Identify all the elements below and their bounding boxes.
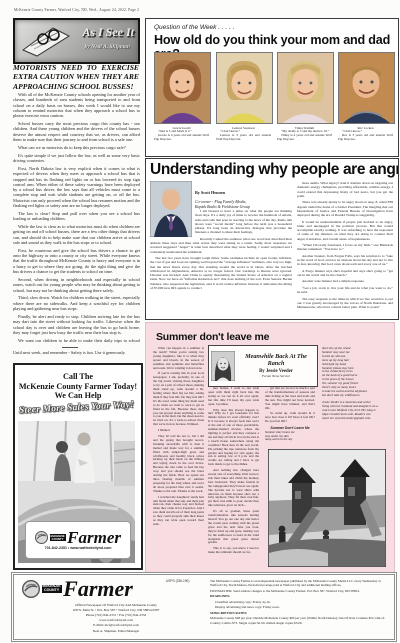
newspaper-page: McKenzie County Farmer, Watford City, ND… [0,0,400,643]
child-photo-rev [338,52,395,124]
paragraph: The last two years have brought tough ti… [150,256,292,290]
paragraph: If you're reading this in your local new… [153,372,204,427]
ranch-col1: What can happen in a summer at the ranch… [153,347,204,569]
paragraph: The law is clear! Stop and pull over whe… [13,211,140,222]
lyrics-block-a: Summer don't leave mestay under my skinh… [265,431,315,443]
qow-kicker: Question of the Week . . . . . [154,24,234,31]
newspaper-glasses-icon [19,24,71,58]
ranch-byline-box: Meanwhile Back At The Ranch By Jessie Ve… [208,345,318,387]
page-header: McKenzie County Farmer, Watford City, ND… [14,8,314,12]
logo-county-stack: McKENZIE COUNTY [42,585,62,594]
byline-name: By Scott Hennen [195,190,225,195]
rates-text: McKenzie County $48 per year; Outside Mc… [210,616,386,625]
as-i-see-it-byline: by Neal A. Shipman [85,44,130,50]
masthead-legal-block: The McKenzie County Farmer is an indepen… [210,579,386,626]
paragraph: So stand up, walk around in it now, how … [265,412,315,424]
motorists-headline: MOTORISTS NEED TO EXERCISE EXTRA CAUTION… [13,63,139,91]
paragraph: While the law is clear as to what motori… [13,224,140,245]
jessie-veeder-bio: Jessie Veeder is a musician and writer l… [322,400,378,420]
qow-card: Lennox Swenson “I don't know.” Lennox is… [216,52,271,142]
paragraph: Why does this always happen to me? Why d… [208,409,259,468]
logo-county-stack: McKENZIE COUNTY [50,534,66,541]
paragraph: A Fargo listener says she's hopeful and … [297,269,393,278]
paragraph: It would be understandable if people jus… [297,220,393,241]
scott-hennen-photo [150,181,192,237]
angry-headline: Understanding why people are angry [150,161,399,179]
farmer-logo: McKENZIE COUNTY Farmer [35,530,121,545]
qow-bio: Tinley is 4 years old and attends Wolf P… [277,134,332,142]
ranch-headline: Summer don't leave me [156,331,269,343]
paragraph: What can we as motorists do to keep this… [13,145,140,150]
paragraph: It's quite simple if we just follow the … [13,153,140,164]
as-i-see-it-title: As I See It [82,25,134,40]
ad-contact-line: 701-842-2351 • www.watfordcitynd.com [45,546,112,550]
ad-line-1: Call The [15,372,141,382]
paragraph: more audits. What legacy? And it doubles… [297,181,393,198]
paragraph: We want our children to be able to make … [13,338,140,344]
ad-line-2: McKenzie County Farmer Today! [15,382,141,392]
ranch-col3: get that we are not as much a part of th… [265,387,315,443]
paragraph: Another wise listener had a simple respo… [297,279,393,283]
ranch-col3-text: get that we are not as much a part of th… [265,387,315,424]
child-photo-tinley [277,52,334,124]
paragraph: but don't take my wildflowers. [322,394,378,398]
paragraph: hang warm in the sky [265,438,315,442]
lyrics-block-b: don't dry up the wheatSummer stay near m… [322,347,378,398]
ad-slogan: Steer More Sales Your Way! [19,400,134,416]
paragraph: Recently I asked the audience what one w… [150,237,292,254]
paragraph: First, North Dakota law is very explicit… [13,166,140,208]
qow-card: Rev Locken “I don't know.” Rev is 3 year… [338,52,393,142]
farmer-house-ad: Call The McKenzie County Farmer Today! W… [13,363,143,570]
question-of-week-box: Question of the Week . . . . . How old d… [145,18,399,157]
angry-article-box: Understanding why people are angry By Sc… [145,158,399,320]
paragraph: Finally, be alert and ready to stop. Chi… [13,314,140,335]
paragraph: And nothing has changed here except cuts… [208,469,259,508]
paragraph: “Get a job, work it, live your life and … [297,286,393,295]
farmer-wordmark: Farmer [63,579,133,599]
farmer-logo-icon [22,580,40,598]
ranch-col2: mer homes. I want to run wide open with … [208,387,259,569]
qow-bio: Gracie is 4 years old and attends Wolf P… [154,134,209,142]
paragraph: Second, when driving in neighborhoods an… [13,277,140,293]
paragraph: I watched my daughters' sandy hair turn … [153,496,204,527]
qow-card: Tinley Klamm “My daddy is 5 and my mom i… [277,52,332,142]
child-photo-lennox [216,52,273,124]
paragraph: There was already plenty to be angry abo… [297,200,393,217]
ranch-box-credit: Forum News Service [237,374,315,378]
motorists-article-body: With all of the McKenzie County schools … [13,92,140,344]
paragraph: This is to say, you know, I need to make… [208,547,259,555]
ranch-column-box: Summer don't leave me What can happen in… [145,322,395,577]
usps-number: USPS (336-190) [166,579,189,583]
ranch-col4: don't dry up the wheatSummer stay near m… [322,347,378,443]
paragraph: With all of the McKenzie County schools … [13,92,140,118]
paragraph: mer homes. I want to run wide open with … [208,387,259,407]
publisher-text: The McKenzie County Farmer is an indepen… [210,579,386,588]
paragraph: First, be courteous and give the school … [13,248,140,274]
postmaster-text: POSTMASTER: Send address changes to the … [210,589,386,593]
paragraph: It's all so gradual, these quiet transfo… [208,510,259,545]
paragraph: School busses carry the most precious ca… [13,121,140,142]
section-divider [62,347,78,348]
paragraph: “When I'm really frustrated, I focus on … [297,243,393,252]
rates-label: SUBSCRIPTION RATES: [210,611,386,615]
qow-card: Gracie Gould “Dad is 5 and Mom is 2.” Gr… [154,52,209,142]
angry-article-col2: more audits. What legacy? And it doubles… [297,181,393,315]
ad-logo-strip: McKENZIE COUNTY Farmer 701-842-2351 • ww… [25,521,131,559]
logo-county-bottom: COUNTY [51,538,65,541]
farmer-wordmark: Farmer [67,530,121,545]
paragraph: Third, slow down. Watch for children wal… [13,295,140,311]
paragraph: I blinked. [153,429,204,433]
deadline-classified: Classified advertising copy: Friday 4 p.… [210,600,386,604]
deadline-display: Display advertising and news copy: Frida… [210,605,386,609]
ranch-box-title: Meanwhile Back At The Ranch [237,354,315,368]
column-closing-line: Until next week, and remember - Safety i… [13,350,140,355]
deadlines-label: DEADLINES: [210,594,386,598]
farmer-logo-icon [35,531,48,544]
logo-county-bottom: COUNTY [43,589,61,593]
jessie-veeder-photo [211,351,235,381]
paragraph: get that we are not as much a part of th… [265,387,315,410]
masthead-contact-block: Official Newspaper Of Watford City And M… [28,603,204,634]
as-i-see-it-logo: As I See It by Neal A. Shipman [13,18,140,64]
editor-line: Neal A. Shipman, Editor/Manager [28,629,204,634]
playground-photo [268,449,386,567]
masthead-farmer-logo: McKENZIE COUNTY Farmer [22,579,133,599]
paragraph: Another listener, from Fergus Falls, say… [297,254,393,267]
paragraph: The easy response to the times in which … [297,297,393,310]
paragraph: What can happen in a summer at the ranch… [153,347,204,370]
qow-bio: Lennox is 3 years old and attends Wolf P… [216,134,271,142]
masthead-box: McKENZIE COUNTY Farmer USPS (336-190) Of… [11,572,397,642]
qow-bio: Rev is 3 years old and attends Wolf Pup … [338,134,393,142]
child-photo-gracie [154,52,211,124]
angry-article-col1: By Scott Hennen Co-owner - Flag Family M… [150,181,292,315]
paragraph: They all told me not to, but I did and t… [153,435,204,494]
